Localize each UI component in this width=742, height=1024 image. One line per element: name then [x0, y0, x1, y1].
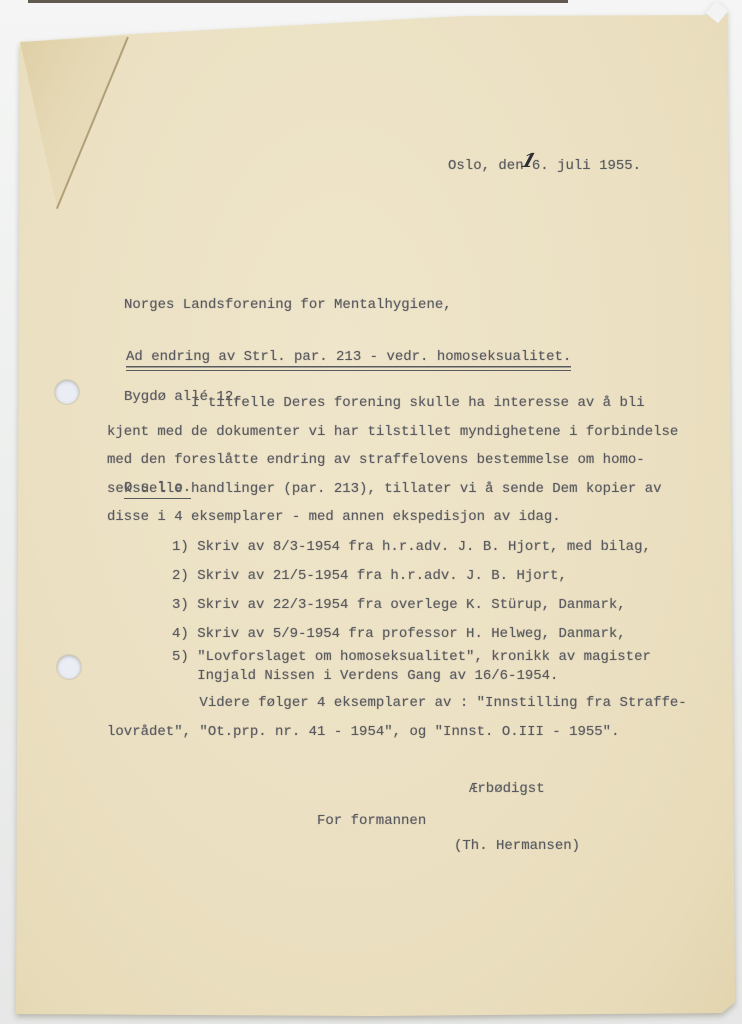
body-paragraph-2: Videre følger 4 eksemplarer av : "Innsti… [107, 689, 687, 747]
scanner-edge-artifact [28, 0, 568, 3]
subject-text: Ad endring av Strl. par. 213 - vedr. hom… [126, 349, 571, 371]
body-paragraph-1: I tilfelle Deres forening skulle ha inte… [107, 389, 678, 532]
letter-text-layer: Oslo, den16. juli 1955. Norges Landsfore… [14, 10, 736, 1016]
paper-sheet: Oslo, den16. juli 1955. Norges Landsfore… [14, 10, 736, 1016]
signature-name: (Th. Hermansen) [454, 832, 580, 861]
date-suffix: 6. juli 1955. [532, 158, 641, 174]
closing-for-line: For formannen [317, 807, 426, 836]
document-list-item-5: 5) "Lovforslaget om homoseksualitet", kr… [172, 648, 651, 685]
closing-salutation: Ærbødigst [469, 775, 545, 804]
recipient-name: Norges Landsforening for Mentalhygiene, [124, 290, 452, 321]
scanned-letter-page: Oslo, den16. juli 1955. Norges Landsfore… [0, 0, 742, 1024]
date-line: Oslo, den16. juli 1955. [448, 149, 641, 181]
subject-line: Ad endring av Strl. par. 213 - vedr. hom… [126, 343, 571, 372]
date-prefix: Oslo, den [448, 158, 524, 174]
document-list-items-1-4: 1) Skriv av 8/3-1954 fra h.r.adv. J. B. … [172, 533, 651, 649]
